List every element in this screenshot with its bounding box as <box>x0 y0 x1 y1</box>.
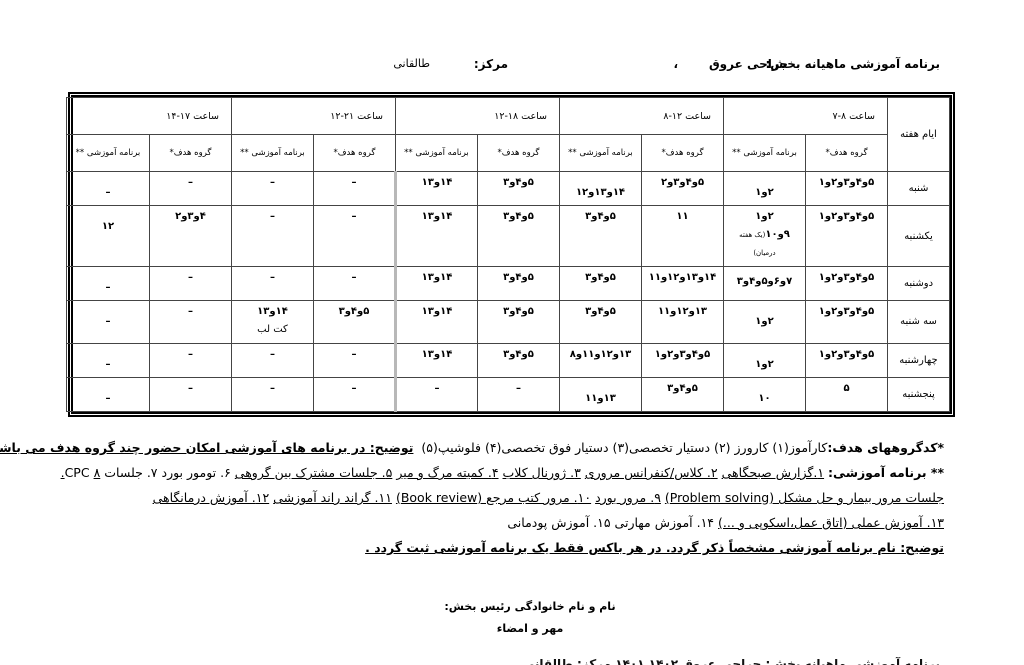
cell-value: – <box>70 380 146 408</box>
sub-header-program: برنامه آموزشی ** <box>66 135 149 172</box>
schedule-cell: ۱۳و۱۲و۱۱و۸ <box>559 343 641 377</box>
cell-value: ۲و۱ <box>727 208 802 226</box>
cell-extra-line: ۹و۱۰(یک هفته درمیان) <box>727 226 802 262</box>
sub-header-group: گروه هدف* <box>313 135 395 172</box>
program-item-9: ۹. مرور بورد <box>595 490 661 505</box>
schedule-cell: ۵ <box>806 377 888 411</box>
schedule-cell: ۲و۱ <box>724 343 806 377</box>
target-codes-note: توضیح: در برنامه های آموزشی امکان حضور چ… <box>0 440 413 455</box>
table-row: سه شنبه ۵و۴و۳و۲و۱ ۲و۱ ۱۳و۱۲و۱۱ ۵و۴و۳ ۵و۴… <box>66 301 949 343</box>
schedule-cell: – <box>313 343 395 377</box>
sub-header-program: برنامه آموزشی ** <box>395 135 477 172</box>
schedule-cell: ۵و۴و۳ <box>313 301 395 343</box>
schedule-cell: ۵و۴و۳و۲و۱ <box>806 206 888 267</box>
schedule-cell: ۱۴و۱۳ <box>395 343 477 377</box>
cell-value: ۱۴و۱۳ <box>235 303 310 321</box>
cell-value: ۷و۶و۵و۴و۳ <box>727 269 802 291</box>
programs-line-2: جلسات مرور بیمار و حل مشکل (Problem solv… <box>74 485 944 510</box>
schedule-cell: ۱۳و۱۲و۱۱ <box>642 301 724 343</box>
slot-header-7-8: ساعت ۸-۷ <box>724 98 888 135</box>
sub-header-group: گروه هدف* <box>806 135 888 172</box>
schedule-cell: – <box>66 343 149 377</box>
day-cell: پنجشنبه <box>888 377 950 411</box>
header-center-value: طالقانی <box>393 57 430 70</box>
program-item-4: ۴. کمیته مرگ و میر <box>396 465 498 480</box>
schedule-cell: – <box>231 267 313 301</box>
cell-value: ۱۴و۱۳و۱۲ <box>563 174 638 202</box>
program-item-12: ۱۲. آموزش درمانگاهی <box>153 490 270 505</box>
day-cell: یکشنبه <box>888 206 950 267</box>
schedule-cell: ۵و۴و۳ <box>477 267 559 301</box>
program-item-7: ۷. جلسات CPC <box>65 465 158 480</box>
program-item-10: ۱۰. مرور کتب مرجع (Book review) <box>396 490 591 505</box>
schedule-table-frame: ایام هفته ساعت ۸-۷ ساعت ۱۲-۸ ساعت ۱۸-۱۲ … <box>68 92 955 417</box>
schedule-cell: ۱۴و۱۳و۱۲ <box>559 172 641 206</box>
table-row: دوشنبه ۵و۴و۳و۲و۱ ۷و۶و۵و۴و۳ ۱۴و۱۳و۱۲و۱۱ ۵… <box>66 267 949 301</box>
program-item-5: ۵. جلسات مشترک بین گروهی <box>235 465 393 480</box>
schedule-cell: – <box>149 301 231 343</box>
schedule-cell: ۵و۴و۳ <box>559 267 641 301</box>
notes-section: *کدگروههای هدف:کارآموز(۱) کارورز (۲) دست… <box>74 435 944 560</box>
schedule-cell: – <box>231 377 313 411</box>
program-item-6: ۶. تومور بورد <box>162 465 231 480</box>
final-note-line: توضیح: نام برنامه آموزشی مشخصاً ذکر گردد… <box>74 535 944 560</box>
schedule-cell: ۱۴و۱۳ <box>395 206 477 267</box>
schedule-cell: – <box>395 377 477 411</box>
cell-value: – <box>70 346 146 374</box>
program-item-14: ۱۴. آموزش مهارتی <box>615 515 714 530</box>
header-separator: ، <box>673 57 678 71</box>
schedule-cell: ۵و۴و۳ <box>477 172 559 206</box>
cell-value: ۲و۱ <box>727 303 802 331</box>
table-row: چهارشنبه ۵و۴و۳و۲و۱ ۲و۱ ۵و۴و۳و۲و۱ ۱۳و۱۲و۱… <box>66 343 949 377</box>
schedule-cell: – <box>149 343 231 377</box>
header-department: جراحی عروق <box>709 57 788 71</box>
schedule-cell: ۱۲ <box>66 206 149 267</box>
target-codes-text: کارآموز(۱) کارورز (۲) دستیار تخصصی(۳) دس… <box>421 440 827 455</box>
target-codes-label: *کدگروههای هدف: <box>827 440 944 455</box>
schedule-cell: ۵و۴و۳ <box>477 343 559 377</box>
cell-extra-value: ۹و۱۰ <box>765 229 790 240</box>
schedule-cell: – <box>313 377 395 411</box>
day-cell: دوشنبه <box>888 267 950 301</box>
schedule-cell: ۲و۱ ۹و۱۰(یک هفته درمیان) <box>724 206 806 267</box>
document-header: برنامه آموزشی ماهیانه بخش: جراحی عروق ، … <box>380 57 940 77</box>
signature-block: نام و نام خانوادگی رئیس بخش: مهر و امضاء <box>430 596 630 640</box>
header-center-label: مرکز: <box>474 57 508 71</box>
schedule-cell: ۷و۶و۵و۴و۳ <box>724 267 806 301</box>
schedule-cell: ۵و۴و۳و۲و۱ <box>806 267 888 301</box>
schedule-cell: ۲و۱ <box>724 172 806 206</box>
schedule-cell: ۵و۴و۳ <box>559 301 641 343</box>
program-item-2: ۲. کلاس/کنفرانس مروری <box>585 465 718 480</box>
schedule-cell: ۱۴و۱۳ <box>395 172 477 206</box>
schedule-cell: ۱۴و۱۳و۱۲و۱۱ <box>642 267 724 301</box>
slot-header-8-12: ساعت ۱۲-۸ <box>559 98 723 135</box>
programs-label: ** برنامه آموزشی: <box>828 465 944 480</box>
program-item-11: ۱۱. گراند راند آموزشی <box>273 490 392 505</box>
slot-header-12-18: ساعت ۱۸-۱۲ <box>395 98 559 135</box>
cell-value: ۱۰ <box>727 380 802 408</box>
schedule-cell: – <box>313 267 395 301</box>
day-cell: سه شنبه <box>888 301 950 343</box>
sub-header-program: برنامه آموزشی ** <box>559 135 641 172</box>
final-note: توضیح: نام برنامه آموزشی مشخصاً ذکر گردد… <box>365 540 944 555</box>
day-cell: شنبه <box>888 172 950 206</box>
schedule-cell: ۵و۴و۳ <box>477 301 559 343</box>
schedule-cell: – <box>231 343 313 377</box>
schedule-cell: – <box>66 301 149 343</box>
table-row: پنجشنبه ۵ ۱۰ ۵و۴و۳ ۱۳و۱۱ – – – – – – <box>66 377 949 411</box>
sub-header-group: گروه هدف* <box>642 135 724 172</box>
program-item-3: ۳. ژورنال کلاب <box>503 465 581 480</box>
header-title: برنامه آموزشی ماهیانه بخش: <box>766 57 941 71</box>
schedule-cell: – <box>149 377 231 411</box>
schedule-cell: – <box>231 206 313 267</box>
programs-line-1: ** برنامه آموزشی: ۱.گزارش صبحگاهی ۲. کلا… <box>74 460 944 485</box>
sub-header-group: گروه هدف* <box>149 135 231 172</box>
day-cell: چهارشنبه <box>888 343 950 377</box>
cell-value: – <box>70 174 146 202</box>
schedule-cell: – <box>66 172 149 206</box>
schedule-cell: ۱۱ <box>642 206 724 267</box>
cell-extra-line: کت لب <box>235 321 310 339</box>
cell-value: ۲و۱ <box>727 174 802 202</box>
sub-header-program: برنامه آموزشی ** <box>231 135 313 172</box>
head-name-label: نام و نام خانوادگی رئیس بخش: <box>430 596 630 618</box>
schedule-cell: ۵و۴و۳ <box>477 206 559 267</box>
schedule-cell: ۵و۴و۳و۲و۱ <box>806 172 888 206</box>
program-item-8: جلسات مرور بیمار و حل مشکل (Problem solv… <box>665 490 944 505</box>
schedule-cell: ۱۴و۱۳ <box>395 267 477 301</box>
schedule-cell: – <box>313 172 395 206</box>
next-page-header-cutoff: برنامه آموزشی ماهیانه بخش: جراحی عروق ۱۴… <box>240 657 940 665</box>
schedule-cell: ۵و۴و۳ <box>559 206 641 267</box>
schedule-cell: ۲و۱ <box>724 301 806 343</box>
program-item-1: ۱.گزارش صبحگاهی <box>722 465 824 480</box>
slot-header-14-17: ساعت ۱۷-۱۴ <box>66 98 231 135</box>
schedule-cell: – <box>313 206 395 267</box>
schedule-cell: – <box>149 172 231 206</box>
stamp-label: مهر و امضاء <box>430 618 630 640</box>
slot-header-12-21: ساعت ۲۱-۱۲ <box>231 98 395 135</box>
cell-value: ۱۲ <box>70 208 146 236</box>
schedule-cell: ۱۳و۱۱ <box>559 377 641 411</box>
schedule-cell: ۱۰ <box>724 377 806 411</box>
target-codes-line: *کدگروههای هدف:کارآموز(۱) کارورز (۲) دست… <box>74 435 944 460</box>
schedule-cell: ۵و۴و۳و۲و۱ <box>806 343 888 377</box>
programs-line-3: ۱۳. آموزش عملی (اتاق عمل،اسکوپی و ...) ۱… <box>74 510 944 535</box>
program-item-15: ۱۵. آموزش پودمانی <box>507 515 610 530</box>
document-page: برنامه آموزشی ماهیانه بخش: جراحی عروق ، … <box>0 0 1024 665</box>
days-header: ایام هفته <box>888 98 950 172</box>
schedule-cell: – <box>149 267 231 301</box>
cell-value: ۲و۱ <box>727 346 802 374</box>
schedule-cell: ۱۴و۱۳ کت لب <box>231 301 313 343</box>
schedule-cell: – <box>66 267 149 301</box>
schedule-cell: – <box>477 377 559 411</box>
schedule-cell: ۵و۴و۳و۲ <box>642 172 724 206</box>
schedule-cell: ۴و۳و۲ <box>149 206 231 267</box>
schedule-table: ایام هفته ساعت ۸-۷ ساعت ۱۲-۸ ساعت ۱۸-۱۲ … <box>66 97 950 412</box>
schedule-cell: – <box>231 172 313 206</box>
table-row: شنبه ۵و۴و۳و۲و۱ ۲و۱ ۵و۴و۳و۲ ۱۴و۱۳و۱۲ ۵و۴و… <box>66 172 949 206</box>
schedule-cell: ۵و۴و۳ <box>642 377 724 411</box>
cell-value: – <box>70 303 146 331</box>
schedule-cell: ۵و۴و۳و۲و۱ <box>806 301 888 343</box>
schedule-cell: – <box>66 377 149 411</box>
sub-header-program: برنامه آموزشی ** <box>724 135 806 172</box>
cell-value: – <box>70 269 146 297</box>
schedule-cell: ۵و۴و۳و۲و۱ <box>642 343 724 377</box>
cell-value: ۱۳و۱۱ <box>563 380 638 408</box>
table-row: یکشنبه ۵و۴و۳و۲و۱ ۲و۱ ۹و۱۰(یک هفته درمیان… <box>66 206 949 267</box>
sub-header-group: گروه هدف* <box>477 135 559 172</box>
program-item-13: ۱۳. آموزش عملی (اتاق عمل،اسکوپی و ...) <box>718 515 944 530</box>
schedule-cell: ۱۴و۱۳ <box>395 301 477 343</box>
